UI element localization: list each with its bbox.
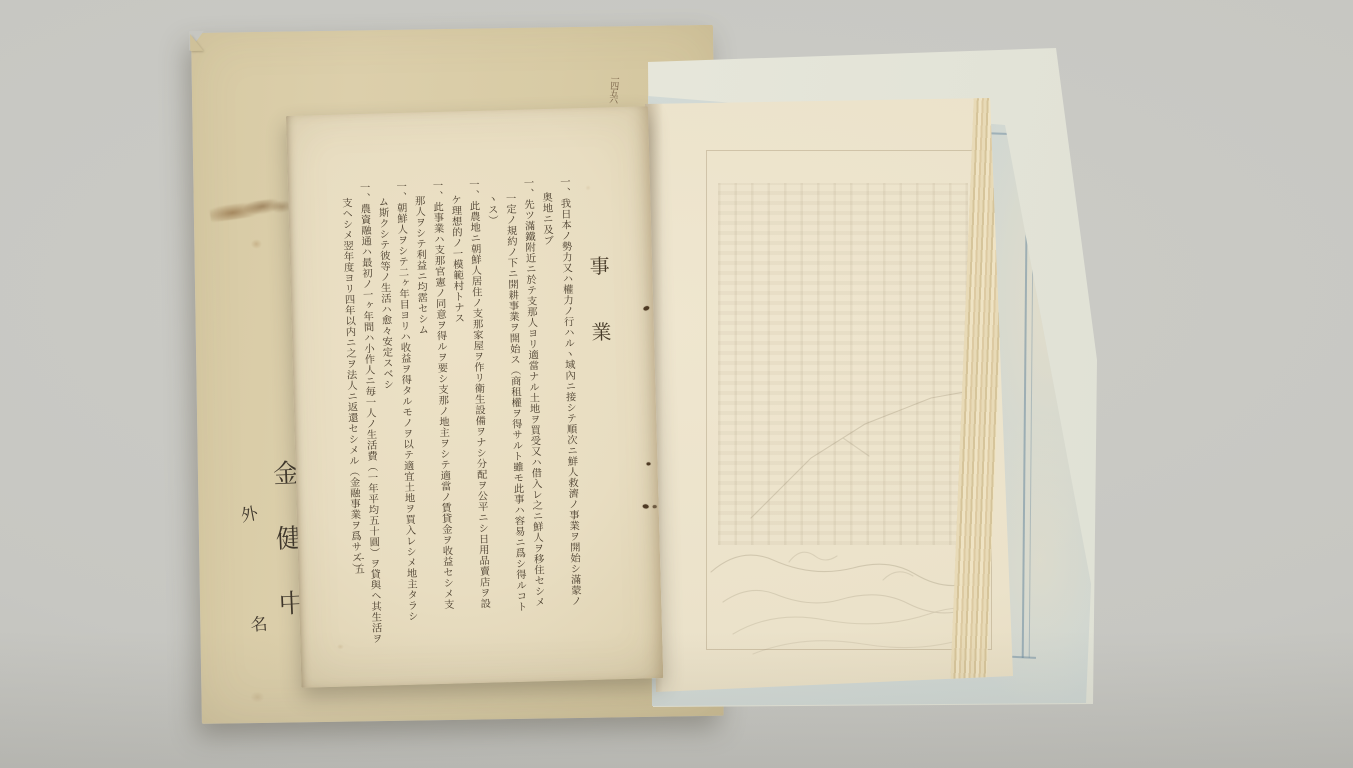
binding-stitch [642, 504, 649, 509]
binding-stitch [643, 305, 650, 311]
folder-suffix-lower: 名 [249, 609, 268, 635]
document-title: 事業 [580, 175, 626, 684]
page-number: 一五 [350, 554, 366, 574]
folder-stain [209, 197, 290, 223]
folder-suffix-upper: 外 [238, 499, 259, 527]
handwritten-annotation: 一四五六 [606, 74, 621, 103]
folder-dogear-fold [190, 34, 203, 51]
archive-photo: 金健中 外 名 一四五六 [0, 0, 1353, 768]
document-text-block: 事業 一、我日本ノ勢力又ハ權力ノ行ハルヽ域內ニ接シテ順次ニ鮮人救濟ノ事業ヲ開始シ… [336, 175, 625, 690]
main-document-page: 事業 一、我日本ノ勢力又ハ權力ノ行ハルヽ域內ニ接シテ順次ニ鮮人救濟ノ事業ヲ開始シ… [286, 106, 663, 688]
binding-stitch [653, 505, 657, 508]
binding-stitch [647, 462, 651, 465]
